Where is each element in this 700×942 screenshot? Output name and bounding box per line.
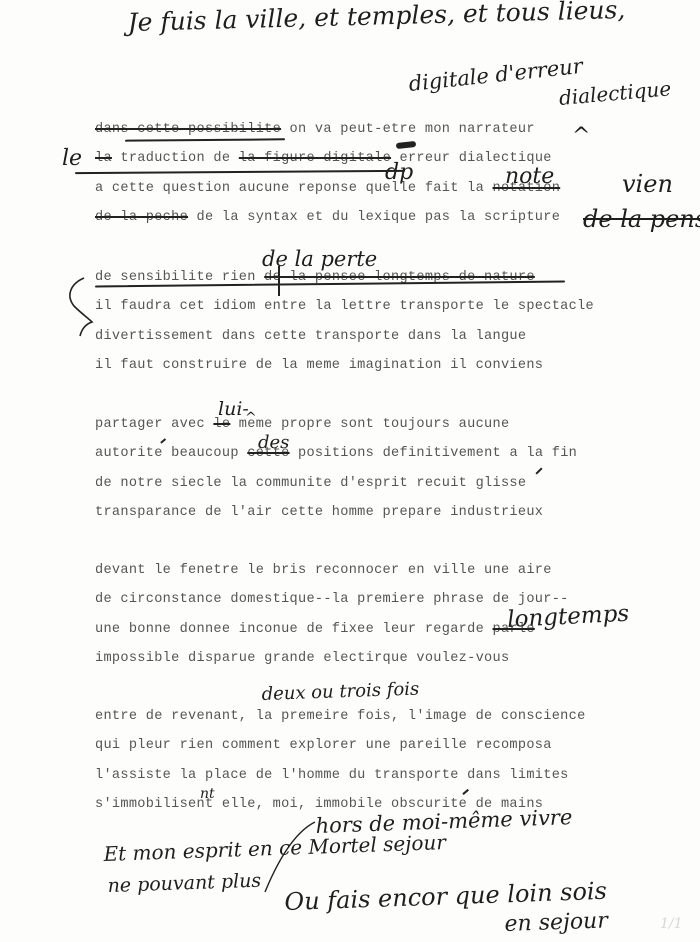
handwritten-nt: nt bbox=[200, 786, 215, 802]
typed-segment: de la syntax et du lexique pas la script… bbox=[188, 210, 560, 225]
handwritten-des: des bbox=[258, 432, 289, 453]
typed-line: l'assiste la place de l'homme du transpo… bbox=[95, 768, 569, 784]
typed-segment: il faudra cet idiom entre la lettre tran… bbox=[95, 299, 594, 314]
typed-line: de circonstance domestique--la premiere … bbox=[95, 592, 569, 608]
typed-segment: l'assiste la place de l'homme du transpo… bbox=[95, 768, 569, 783]
typed-line: de notre siecle la communite d'esprit re… bbox=[95, 476, 526, 492]
typed-line: divertissement dans cette transporte dan… bbox=[95, 329, 526, 345]
typed-line: dans cette possibilite on va peut-etre m… bbox=[95, 122, 535, 138]
handwritten-dp: dp bbox=[385, 160, 413, 185]
handwritten-de-la-pensee: de la pensée bbox=[583, 205, 700, 233]
typed-line: partager avec le meme propre sont toujou… bbox=[95, 417, 509, 433]
typed-segment: de sensibilite rien bbox=[95, 270, 264, 285]
handwritten-ne-pouvant-plus: ne pouvant plus bbox=[107, 870, 261, 897]
typed-segment: une bonne donnee inconue de fixee leur r… bbox=[95, 622, 493, 637]
typed-line: une bonne donnee inconue de fixee leur r… bbox=[95, 622, 535, 638]
scribble-over-digitale bbox=[396, 141, 417, 149]
manuscript-page: dans cette possibilite on va peut-etre m… bbox=[0, 0, 700, 942]
typed-segment: divertissement dans cette transporte dan… bbox=[95, 329, 526, 344]
typed-segment: qui pleur rien comment explorer une pare… bbox=[95, 738, 552, 753]
handwritten-circumflex: ^ bbox=[245, 410, 257, 426]
page-number: 1/1 bbox=[660, 916, 683, 932]
typed-line: il faut construire de la meme imaginatio… bbox=[95, 358, 543, 374]
accent-autorite bbox=[160, 438, 166, 443]
brace-icon bbox=[62, 270, 102, 340]
accent-glisse bbox=[535, 467, 542, 474]
typed-segment: meme propre sont toujours aucune bbox=[230, 417, 509, 432]
typed-segment: positions definitivement a la fin bbox=[290, 446, 578, 461]
typed-segment: a cette question aucune reponse quelle f… bbox=[95, 181, 493, 196]
typed-segment: il faut construire de la meme imaginatio… bbox=[95, 358, 543, 373]
typed-line: a cette question aucune reponse quelle f… bbox=[95, 181, 560, 197]
accent-obscurite bbox=[462, 789, 468, 795]
typed-segment: traduction de bbox=[112, 151, 239, 166]
typed-segment: de notre siecle la communite d'esprit re… bbox=[95, 476, 526, 491]
handwritten-title-line: Je fuis la ville, et temples, et tous li… bbox=[127, 0, 625, 37]
typed-segment: impossible disparue grande electirque vo… bbox=[95, 651, 509, 666]
typed-line: devant le fenetre le bris reconnocer en … bbox=[95, 563, 552, 579]
underline-dans-cette bbox=[125, 138, 285, 141]
typed-line: qui pleur rien comment explorer une pare… bbox=[95, 738, 552, 754]
typed-line: transparance de l'air cette homme prepar… bbox=[95, 505, 543, 521]
typed-segment: de circonstance domestique--la premiere … bbox=[95, 592, 569, 607]
handwritten-longtemps: longtemps bbox=[507, 601, 630, 633]
insert-stroke bbox=[278, 266, 280, 296]
handwritten-caret: ^ bbox=[572, 124, 590, 149]
typed-segment: autorite beaucoup bbox=[95, 446, 247, 461]
typed-line: entre de revenant, la premeire fois, l'i… bbox=[95, 709, 586, 725]
handwritten-en-sejour: en sejour bbox=[504, 908, 608, 937]
typed-line: autorite beaucoup cette positions defini… bbox=[95, 446, 577, 462]
struck-text: la figure digitale bbox=[239, 151, 391, 166]
typed-line: il faudra cet idiom entre la lettre tran… bbox=[95, 299, 594, 315]
handwritten-note: note bbox=[505, 164, 554, 189]
handwritten-vien: vien bbox=[622, 170, 673, 198]
typed-segment: entre de revenant, la premeire fois, l'i… bbox=[95, 709, 586, 724]
typed-segment: on va peut-etre mon narrateur bbox=[281, 122, 535, 137]
underline-traduction bbox=[75, 170, 405, 174]
struck-text: de la peche bbox=[95, 210, 188, 225]
handwritten-margin-dialectique: dialectique bbox=[558, 76, 672, 110]
typed-segment: transparance de l'air cette homme prepar… bbox=[95, 505, 543, 520]
typed-line: la traduction de la figure digitale erre… bbox=[95, 151, 552, 167]
typed-segment: partager avec bbox=[95, 417, 213, 432]
struck-text: la bbox=[95, 151, 112, 166]
handwritten-deux-ou-trois-fois: deux ou trois fois bbox=[261, 679, 419, 705]
typed-segment: devant le fenetre le bris reconnocer en … bbox=[95, 563, 552, 578]
typed-line: impossible disparue grande electirque vo… bbox=[95, 651, 509, 667]
handwritten-left-mark: le bbox=[62, 146, 82, 171]
struck-text: dans cette possibilite bbox=[95, 122, 281, 137]
typed-line: de la peche de la syntax et du lexique p… bbox=[95, 210, 560, 226]
